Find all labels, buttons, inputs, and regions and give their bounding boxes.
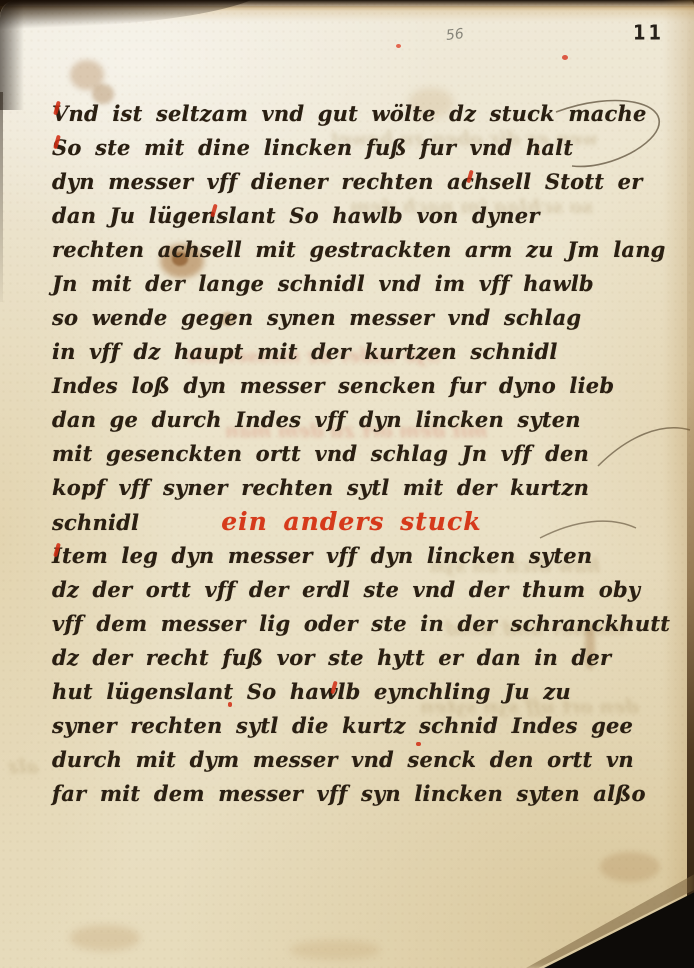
red-speck [396, 44, 401, 48]
manuscript-line: schnidlein anders stuck [52, 505, 652, 539]
bleed-through-line: alz [8, 756, 38, 778]
manuscript-line: So ste mit dine lincken fuß fur vnd halt [52, 131, 652, 165]
manuscript-line: mit gesenckten ortt vnd schlag Jn vff de… [52, 437, 652, 471]
manuscript-line: dz der recht fuß vor ste hytt er dan in … [52, 641, 652, 675]
manuscript-line: hut lügenslant So hawlb eynchling Ju zu [52, 675, 652, 709]
manuscript-line: kopf vff syner rechten sytl mit der kurt… [52, 471, 652, 505]
manuscript-photo: wen er dir oben zu hawet so schlag im na… [0, 0, 694, 968]
rubricated-initial: S [52, 131, 67, 165]
rubricated-initial: I [52, 539, 62, 573]
page-edge-right [687, 0, 694, 968]
stain [600, 852, 660, 882]
pencil-foliation: 56 [445, 26, 465, 44]
manuscript-line: far mit dem messer vff syn lincken syten… [52, 777, 652, 811]
manuscript-line: in vff dz haupt mit der kurtzen schnidl [52, 335, 652, 369]
rubric-heading: ein anders stuck [221, 507, 481, 536]
folio-number: 11 [633, 22, 664, 46]
manuscript-line: dyn messer vff diener rechten achsell St… [52, 165, 652, 199]
manuscript-line: Jn mit der lange schnidl vnd im vff hawl… [52, 267, 652, 301]
rubricated-initial: V [52, 97, 69, 131]
stain [290, 940, 380, 960]
manuscript-line: so wende gegen synen messer vnd schlag [52, 301, 652, 335]
manuscript-line: dan Ju lügenslant So hawlb von dyner [52, 199, 652, 233]
page-edge-left [0, 92, 3, 302]
text-block: Vnd ist seltzam vnd gut wölte dz stuck m… [52, 97, 652, 811]
manuscript-line: Indes loß dyn messer sencken fur dyno li… [52, 369, 652, 403]
red-speck [562, 55, 568, 60]
manuscript-page: wen er dir oben zu hawet so schlag im na… [0, 0, 694, 968]
manuscript-line: dan ge durch Indes vff dyn lincken syten [52, 403, 652, 437]
stain [70, 925, 140, 951]
stain [70, 60, 104, 90]
manuscript-line: durch mit dym messer vnd senck den ortt … [52, 743, 652, 777]
page-corner-shadow [0, 0, 24, 110]
manuscript-line: vff dem messer lig oder ste in der schra… [52, 607, 652, 641]
manuscript-line: rechten achsell mit gestrackten arm zu J… [52, 233, 652, 267]
manuscript-line: syner rechten sytl die kurtz schnid Inde… [52, 709, 652, 743]
manuscript-line: Vnd ist seltzam vnd gut wölte dz stuck m… [52, 97, 652, 131]
manuscript-line: dz der ortt vff der erdl ste vnd der thu… [52, 573, 652, 607]
manuscript-line: Item leg dyn messer vff dyn lincken syte… [52, 539, 652, 573]
